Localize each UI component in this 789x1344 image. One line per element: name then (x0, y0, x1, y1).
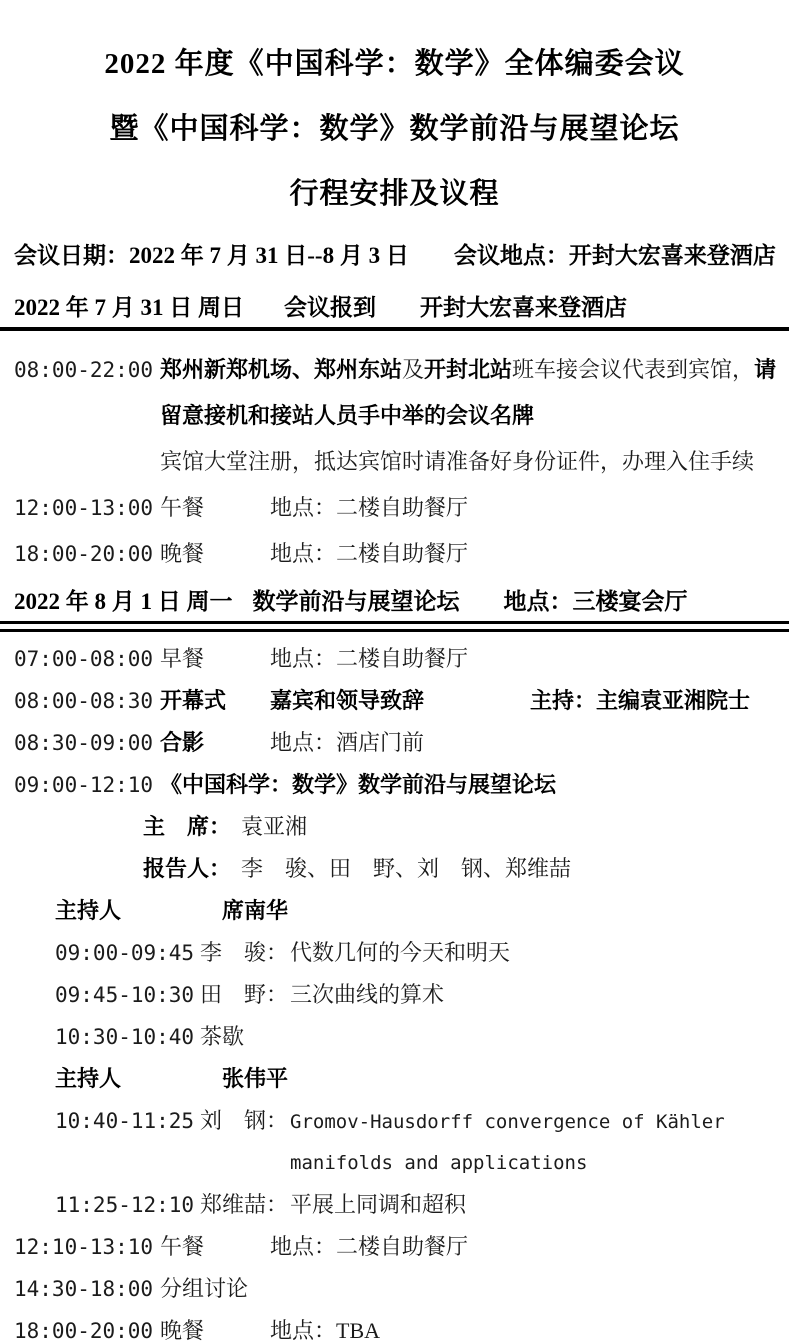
talk-title-line1: Gromov-Hausdorff convergence of Kähler (290, 1109, 725, 1135)
talk-row-1: 09:00-09:45 李 骏： 代数几何的今天和明天 (0, 940, 789, 966)
transport-segment-2: 及 (402, 357, 424, 383)
registration-note: 宾馆大堂注册，抵达宾馆时请准备好身份证件，办理入住手续 (160, 449, 754, 475)
transport-segment-1: 郑州新郑机场、郑州东站 (160, 357, 402, 383)
document-page: 2022 年度《中国科学：数学》全体编委会议 暨《中国科学：数学》数学前沿与展望… (0, 0, 789, 1344)
row-activity: 茶歇 (200, 1024, 244, 1050)
schedule-row-lunch2: 12:10-13:10 午餐 地点：二楼自助餐厅 (0, 1234, 789, 1260)
row-time: 12:10-13:10 (14, 1234, 160, 1260)
row-time: 18:00-20:00 (14, 1318, 160, 1344)
row-activity: 开幕式 (160, 688, 270, 714)
row-time: 12:00-13:00 (14, 495, 160, 521)
chairman-name: 袁亚湘 (241, 814, 307, 840)
speakers-label: 报告人： (143, 856, 231, 882)
document-title-line3: 行程安排及议程 (0, 176, 789, 212)
session1-chair-row: 主持人 席南华 (0, 898, 789, 924)
talk-row-3-cont: manifolds and applications (0, 1150, 789, 1176)
row-location: 地点：TBA (270, 1318, 789, 1344)
talk-title: 代数几何的今天和明天 (290, 940, 510, 966)
day2-event: 数学前沿与展望论坛 (253, 587, 460, 617)
talk-speaker: 郑维喆： (200, 1192, 290, 1218)
schedule-row-forum: 09:00-12:10 《中国科学：数学》数学前沿与展望论坛 (0, 772, 789, 798)
talk-speaker: 李 骏： (200, 940, 290, 966)
row-time: 08:00-08:30 (14, 688, 160, 714)
day2-section-divider (0, 621, 789, 632)
forum-speakers-row: 报告人： 李 骏、田 野、刘 钢、郑维喆 (0, 856, 789, 882)
talk-speaker: 田 野： (200, 982, 290, 1008)
document-title-line2: 暨《中国科学：数学》数学前沿与展望论坛 (0, 111, 789, 147)
row-activity: 晚餐 (160, 1318, 270, 1344)
row-activity: 合影 (160, 730, 270, 756)
schedule-row-registration: 宾馆大堂注册，抵达宾馆时请准备好身份证件，办理入住手续 (0, 449, 789, 475)
chairman-label: 主 席： (143, 814, 231, 840)
row-location: 地点：二楼自助餐厅 (270, 646, 789, 672)
row-time: 08:30-09:00 (14, 730, 160, 756)
row-time: 10:30-10:40 (55, 1024, 200, 1050)
day1-schedule: 08:00-22:00 郑州新郑机场、郑州东站 及 开封北站 班车接会议代表到宾… (0, 357, 789, 567)
row-activity: 午餐 (160, 1234, 270, 1260)
day1-event: 会议报到 (284, 293, 376, 323)
talk-row-4: 11:25-12:10 郑维喆： 平展上同调和超积 (0, 1192, 789, 1218)
day2-venue: 地点：三楼宴会厅 (504, 587, 688, 617)
row-activity: 晚餐 (160, 541, 270, 567)
tea-break-row: 10:30-10:40 茶歇 (0, 1024, 789, 1050)
row-location: 地点：酒店门前 (270, 730, 789, 756)
schedule-row-opening: 08:00-08:30 开幕式 嘉宾和领导致辞 主持：主编袁亚湘院士 (0, 688, 789, 714)
day1-venue: 开封大宏喜来登酒店 (420, 293, 627, 323)
row-time: 08:00-22:00 (14, 357, 160, 383)
row-location: 地点：二楼自助餐厅 (270, 1234, 789, 1260)
session2-chair-row: 主持人 张伟平 (0, 1066, 789, 1092)
row-time: 09:00-09:45 (55, 940, 200, 966)
speakers-names: 李 骏、田 野、刘 钢、郑维喆 (241, 856, 571, 882)
day1-date: 2022 年 7 月 31 日 周日 (14, 293, 244, 323)
talk-title: 三次曲线的算术 (290, 982, 444, 1008)
row-location: 地点：二楼自助餐厅 (270, 541, 789, 567)
row-activity: 早餐 (160, 646, 270, 672)
row-time: 14:30-18:00 (14, 1276, 160, 1302)
schedule-row-breakfast: 07:00-08:00 早餐 地点：二楼自助餐厅 (0, 646, 789, 672)
transport-segment-3: 开封北站 (424, 357, 512, 383)
talk-row-3: 10:40-11:25 刘 钢： Gromov-Hausdorff conver… (0, 1108, 789, 1134)
document-title-line1: 2022 年度《中国科学：数学》全体编委会议 (0, 46, 789, 82)
talk-speaker: 刘 钢： (200, 1108, 290, 1134)
schedule-row-discussion: 14:30-18:00 分组讨论 (0, 1276, 789, 1302)
talk-row-2: 09:45-10:30 田 野： 三次曲线的算术 (0, 982, 789, 1008)
meeting-date: 会议日期：2022 年 7 月 31 日--8 月 3 日 (14, 241, 409, 271)
schedule-row-lunch: 12:00-13:00 午餐 地点：二楼自助餐厅 (0, 495, 789, 521)
row-time: 09:45-10:30 (55, 982, 200, 1008)
day1-section-header: 2022 年 7 月 31 日 周日 会议报到 开封大宏喜来登酒店 (0, 293, 789, 323)
row-time: 09:00-12:10 (14, 772, 160, 798)
schedule-row-photo: 08:30-09:00 合影 地点：酒店门前 (0, 730, 789, 756)
forum-title: 《中国科学：数学》数学前沿与展望论坛 (160, 772, 556, 798)
opening-host: 主持：主编袁亚湘院士 (530, 688, 750, 714)
day2-date: 2022 年 8 月 1 日 周一 (14, 587, 233, 617)
opening-description: 嘉宾和领导致辞 (270, 688, 530, 714)
session-chair-label: 主持人 (55, 898, 222, 924)
session-chair-name: 席南华 (222, 898, 288, 924)
transport-segment-5: 请 (754, 357, 776, 383)
row-location: 地点：二楼自助餐厅 (270, 495, 789, 521)
row-time: 11:25-12:10 (55, 1192, 200, 1218)
session-chair-label: 主持人 (55, 1066, 222, 1092)
meeting-venue: 会议地点：开封大宏喜来登酒店 (454, 241, 776, 271)
schedule-row-dinner: 18:00-20:00 晚餐 地点：二楼自助餐厅 (0, 541, 789, 567)
day2-section-header: 2022 年 8 月 1 日 周一 数学前沿与展望论坛 地点：三楼宴会厅 (0, 587, 789, 617)
session-chair-name: 张伟平 (222, 1066, 288, 1092)
forum-chairman-row: 主 席： 袁亚湘 (0, 814, 789, 840)
talk-title: 平展上同调和超积 (290, 1192, 466, 1218)
row-activity: 分组讨论 (160, 1276, 248, 1302)
meeting-meta-row: 会议日期：2022 年 7 月 31 日--8 月 3 日 会议地点：开封大宏喜… (0, 241, 789, 271)
schedule-row-dinner2: 18:00-20:00 晚餐 地点：TBA (0, 1318, 789, 1344)
schedule-row-transport-cont: 留意接机和接站人员手中举的会议名牌 (0, 403, 789, 429)
talk-title-line2: manifolds and applications (290, 1150, 587, 1176)
row-time: 07:00-08:00 (14, 646, 160, 672)
row-activity: 午餐 (160, 495, 270, 521)
day2-schedule: 07:00-08:00 早餐 地点：二楼自助餐厅 08:00-08:30 开幕式… (0, 646, 789, 1344)
day1-section-divider (0, 327, 789, 331)
transport-note-bold: 留意接机和接站人员手中举的会议名牌 (160, 403, 534, 429)
schedule-row-transport: 08:00-22:00 郑州新郑机场、郑州东站 及 开封北站 班车接会议代表到宾… (0, 357, 789, 383)
row-time: 18:00-20:00 (14, 541, 160, 567)
row-time: 10:40-11:25 (55, 1108, 200, 1134)
transport-segment-4: 班车接会议代表到宾馆， (512, 357, 754, 383)
